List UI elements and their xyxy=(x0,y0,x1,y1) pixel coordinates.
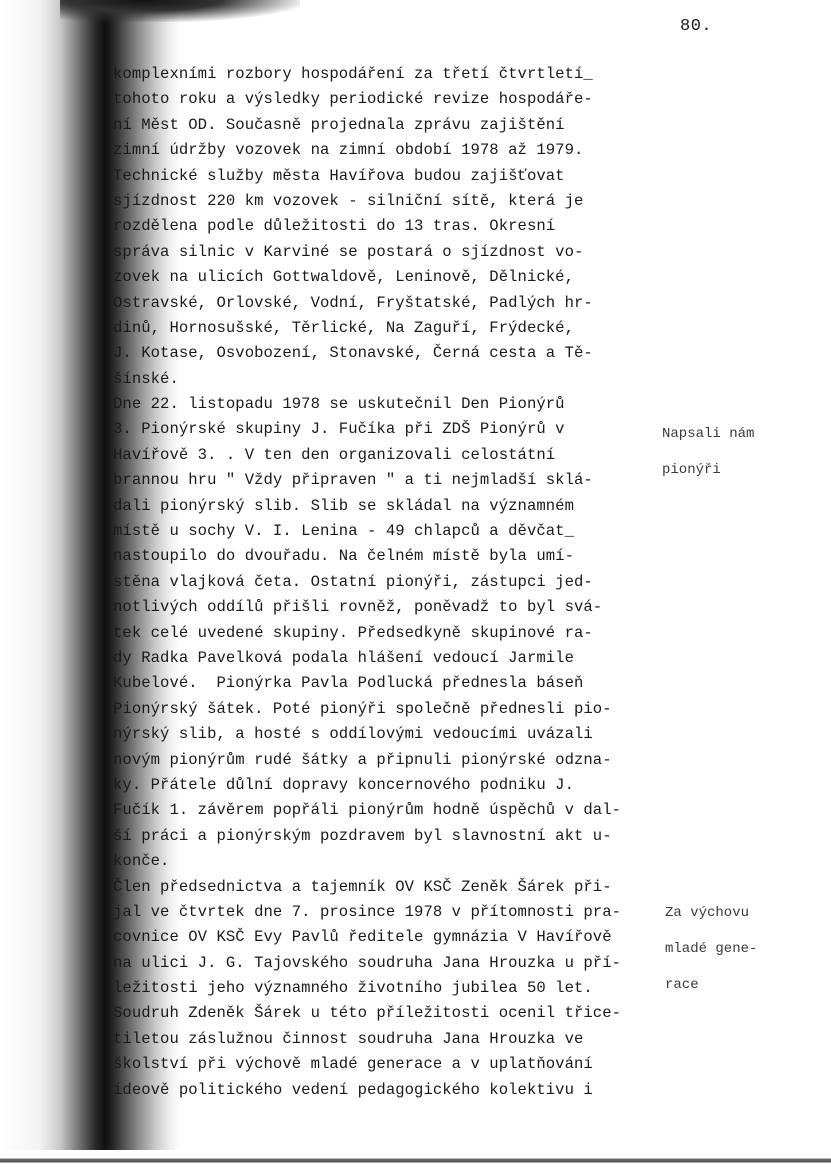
text-line: dali pionýrský slib. Slib se skládal na … xyxy=(113,494,653,519)
text-line: tohoto roku a výsledky periodické revize… xyxy=(113,87,653,112)
text-line: tek celé uvedené skupiny. Předsedkyně sk… xyxy=(113,621,653,646)
text-line: konče. xyxy=(113,849,653,874)
text-line: covnice OV KSČ Evy Pavlů ředitele gymnáz… xyxy=(113,925,653,950)
text-line: Pionýrský šátek. Poté pionýři společně p… xyxy=(113,697,653,722)
text-line: notlivých oddílů přišli rovněž, poněvadž… xyxy=(113,595,653,620)
margin-note-pioneers: Napsali nám pionýři xyxy=(662,404,754,488)
text-line: ní Měst OD. Současně projednala zprávu z… xyxy=(113,113,653,138)
margin-note-education: Za výchovu mladé gene- race xyxy=(665,883,757,1003)
text-line: komplexními rozbory hospodáření za třetí… xyxy=(113,62,653,87)
margin-note-line: Za výchovu xyxy=(665,907,757,919)
text-line: nýrský slib, a hosté s oddílovými vedouc… xyxy=(113,722,653,747)
text-line: dy Radka Pavelková podala hlášení vedouc… xyxy=(113,646,653,671)
page-number: 80. xyxy=(680,17,712,36)
text-line: Dne 22. listopadu 1978 se uskutečnil Den… xyxy=(113,392,653,417)
margin-note-line: pionýři xyxy=(662,464,754,476)
text-line: jal ve čtvrtek dne 7. prosince 1978 v př… xyxy=(113,900,653,925)
text-line: tiletou záslužnou činnost soudruha Jana … xyxy=(113,1027,653,1052)
text-line: Technické služby města Havířova budou za… xyxy=(113,164,653,189)
book-top-shadow xyxy=(60,0,300,22)
text-line: šínské. xyxy=(113,367,653,392)
text-line: místě u sochy V. I. Lenina - 49 chlapců … xyxy=(113,519,653,544)
text-line: správa silnic v Karviné se postará o sjí… xyxy=(113,240,653,265)
margin-note-line: mladé gene- xyxy=(665,943,757,955)
text-line: sjízdnost 220 km vozovek - silniční sítě… xyxy=(113,189,653,214)
text-line: Kubelové. Pionýrka Pavla Podlucká předne… xyxy=(113,671,653,696)
chronicle-body-text: komplexními rozbory hospodáření za třetí… xyxy=(113,62,653,1103)
text-line: Soudruh Zdeněk Šárek u této příležitosti… xyxy=(113,1001,653,1026)
text-line: zovek na ulicích Gottwaldově, Leninově, … xyxy=(113,265,653,290)
text-line: dinů, Hornosušské, Těrlické, Na Zaguří, … xyxy=(113,316,653,341)
page-bottom-edge xyxy=(0,1150,831,1170)
text-line: zimní údržby vozovek na zimní období 197… xyxy=(113,138,653,163)
text-line: ší práci a pionýrským pozdravem byl slav… xyxy=(113,824,653,849)
text-line: stěna vlajková četa. Ostatní pionýři, zá… xyxy=(113,570,653,595)
text-line: Člen předsednictva a tajemník OV KSČ Zen… xyxy=(113,875,653,900)
text-line: nastoupilo do dvouřadu. Na čelném místě … xyxy=(113,544,653,569)
text-line: Havířově 3. . V ten den organizovali cel… xyxy=(113,443,653,468)
margin-note-line: Napsali nám xyxy=(662,428,754,440)
text-line: ležitosti jeho významného životního jubi… xyxy=(113,976,653,1001)
text-line: ky. Přátele důlní dopravy koncernového p… xyxy=(113,773,653,798)
text-line: J. Kotase, Osvobození, Stonavské, Černá … xyxy=(113,341,653,366)
text-line: 3. Pionýrské skupiny J. Fučíka při ZDŠ P… xyxy=(113,417,653,442)
text-line: školství při výchově mladé generace a v … xyxy=(113,1052,653,1077)
text-line: Ostravské, Orlovské, Vodní, Fryštatské, … xyxy=(113,291,653,316)
text-line: rozdělena podle důležitosti do 13 tras. … xyxy=(113,214,653,239)
margin-note-line: race xyxy=(665,979,757,991)
text-line: na ulici J. G. Tajovského soudruha Jana … xyxy=(113,951,653,976)
text-line: Fučík 1. závěrem popřáli pionýrům hodně … xyxy=(113,798,653,823)
text-line: novým pionýrům rudé šátky a připnuli pio… xyxy=(113,748,653,773)
text-line: brannou hru " Vždy připraven " a ti nejm… xyxy=(113,468,653,493)
text-line: ideově politického vedení pedagogického … xyxy=(113,1078,653,1103)
